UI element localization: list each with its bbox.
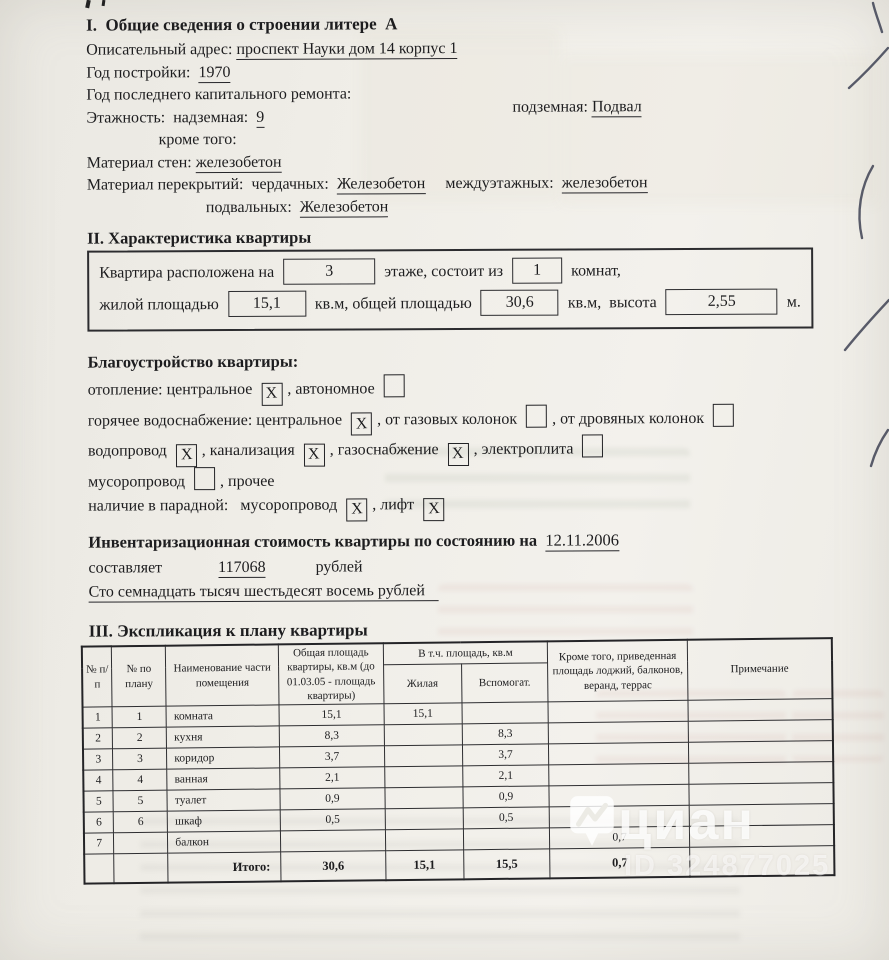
amount-words: Сто семнадцать тысяч шестьдесят восемь р… [89, 582, 439, 603]
table-cell-total: 8,3 [279, 724, 384, 746]
utilities-line: водопровод, канализация, газоснабжение, … [88, 433, 848, 467]
table-cell-note [689, 761, 834, 784]
char-l1b: этаже, состоит из [384, 263, 503, 281]
hw-gas-label: , от газовых колонок [377, 410, 517, 428]
header-num: № п/п [82, 646, 113, 707]
entrance-line: наличие в парадной: мусоропровод, лифт [88, 491, 848, 522]
slabs-mid-value: железобетон [562, 174, 648, 193]
total-cell-plan [114, 853, 168, 883]
year-built-value: 1970 [198, 63, 230, 82]
amenities-title: Благоустройство квартиры: [88, 349, 848, 372]
table-cell-living [385, 808, 463, 830]
water-label: водопровод [88, 442, 167, 459]
table-cell-living [385, 829, 463, 851]
total-aux-sum: 15,5 [463, 849, 550, 879]
slabs-line: Материал перекрытий: чердачных: Железобе… [87, 171, 847, 197]
section1-title: I. Общие сведения о строении литере А [86, 12, 846, 35]
table-cell-living [385, 787, 463, 809]
table-cell-note [689, 782, 834, 805]
hw-wood-label: , от дровяных колонок [552, 409, 704, 427]
chute-label: мусоропровод [88, 473, 185, 490]
table-cell-note [689, 803, 834, 826]
entrance-label: наличие в парадной: мусоропровод [88, 497, 337, 515]
underground-value: Подвал [592, 98, 642, 117]
characteristics-line-2: жилой площадью15,1кв.м, общей площадью30… [99, 287, 801, 322]
table-cell-plan: 3 [113, 748, 167, 770]
table-cell-note [688, 719, 833, 742]
chute-line: мусоропровод, прочее [88, 464, 848, 495]
table-cell-plan: 2 [113, 727, 167, 749]
char-l2c: кв.м, высота [568, 294, 657, 311]
slabs-mid-label: междуэтажных: [445, 175, 561, 193]
address-line: Описательный адрес: проспект Науки дом 1… [86, 36, 846, 62]
char-l2d: м. [787, 294, 801, 311]
char-l2b: кв.м, общей площадью [315, 295, 472, 313]
heating-auto-label: , автономное [287, 380, 374, 397]
other-label: , прочее [220, 472, 274, 489]
heating-line: отопление: центральное, автономное [88, 372, 848, 406]
address-value: проспект Науки дом 14 корпус 1 [236, 40, 457, 60]
header-plan-num: № по плану [112, 645, 167, 706]
table-cell-aux: 0,9 [462, 786, 549, 808]
table-body: 11комната15,115,122кухня8,38,333коридор3… [83, 698, 835, 853]
table-cell-name: шкаф [167, 810, 280, 832]
height-value-box: 2,55 [666, 288, 778, 314]
header-incl-group: В т.ч. площадь, кв.м [383, 641, 548, 664]
char-l1c: комнат, [571, 262, 621, 279]
table-cell-note [689, 824, 834, 847]
table-cell-total [280, 829, 385, 851]
table-header: № п/п № по плану Наименование части поме… [82, 638, 833, 707]
characteristics-line-1: Квартира расположена на3этаже, состоит и… [99, 255, 801, 290]
underground-label: подземная: [512, 98, 592, 115]
table-cell-living [384, 766, 462, 788]
table-cell-total: 3,7 [280, 745, 385, 767]
slabs-basement-line: подвальных: Железобетон [87, 194, 847, 220]
year-built-line: Год постройки: 1970 [86, 59, 846, 85]
table-cell-num: 2 [83, 727, 113, 748]
overhaul-label: Год последнего капитального ремонта: [86, 85, 351, 103]
table-cell-besides [549, 763, 689, 786]
table-cell-besides: 0,7 [550, 826, 690, 849]
table-cell-plan: 4 [113, 769, 167, 791]
checkbox-gas [448, 442, 469, 465]
header-name: Наименование части помещения [166, 644, 279, 706]
checkbox-stove [582, 434, 603, 457]
table-cell-total: 0,5 [280, 808, 385, 830]
hot-water-line: горячее водоснабжение: центральное, от г… [88, 403, 848, 437]
valuation-date: 12.11.2006 [545, 530, 619, 551]
table-cell-note [688, 698, 833, 721]
table-cell-plan [114, 832, 168, 854]
document-content: I. Общие сведения о строении литере А Оп… [0, 0, 850, 885]
rooms-value-box: 1 [512, 257, 562, 283]
scanned-document-page: I. Общие сведения о строении литере А Оп… [0, 0, 889, 960]
table-cell-name: коридор [167, 747, 280, 769]
total-area-sum: 30,6 [281, 850, 386, 881]
amount-value: 117068 [218, 558, 265, 577]
char-l1a: Квартира расположена на [99, 264, 274, 282]
table-cell-num: 7 [84, 832, 114, 853]
year-built-label: Год постройки: [86, 64, 198, 81]
walls-value: железобетон [196, 153, 282, 172]
checkbox-entrance-chute [346, 498, 367, 521]
apartment-characteristics-box: Квартира расположена на3этаже, состоит и… [87, 247, 813, 331]
table-cell-num: 4 [83, 769, 113, 790]
checkbox-hw-central [351, 412, 372, 435]
table-cell-aux: 2,1 [462, 765, 549, 787]
section2-title: II. Характеристика квартиры [87, 225, 847, 248]
char-l2a: жилой площадью [99, 296, 219, 314]
table-cell-besides [549, 784, 689, 807]
table-cell-num: 1 [83, 706, 113, 727]
valuation-amount-line: составляет117068рублей [88, 556, 848, 577]
total-living-sum: 15,1 [385, 850, 463, 880]
gas-label: , газоснабжение [330, 441, 439, 458]
table-cell-aux [461, 702, 548, 724]
table-cell-name: балкон [168, 831, 281, 853]
table-cell-plan: 6 [114, 811, 168, 833]
table-cell-aux [463, 828, 550, 850]
besides-line: кроме того: [87, 126, 847, 152]
checkbox-lift [423, 498, 444, 521]
checkbox-water [176, 444, 197, 467]
walls-label: Материал стен: [87, 154, 196, 171]
table-cell-living: 15,1 [384, 703, 462, 725]
total-area-box: 30,6 [481, 289, 559, 315]
table-cell-name: кухня [167, 726, 280, 748]
table-cell-besides [549, 721, 689, 744]
stove-label: , электроплита [474, 441, 574, 458]
floors-underground: подземная: Подвал [512, 96, 641, 119]
floors-label: Этажность: надземная: [86, 108, 256, 126]
slabs-basement-label: подвальных: [206, 198, 300, 215]
table-cell-aux: 3,7 [462, 744, 549, 766]
total-note [690, 845, 835, 876]
header-living: Жилая [383, 663, 461, 703]
total-label: Итого: [168, 852, 281, 883]
lift-label: , лифт [372, 496, 414, 513]
sewer-label: , канализация [202, 442, 295, 459]
checkbox-hw-wood [713, 403, 734, 426]
table-cell-besides [549, 742, 689, 765]
slabs-label: Материал перекрытий: чердачных: [87, 176, 337, 194]
table-cell-total: 0,9 [280, 787, 385, 809]
walls-line: Материал стен: железобетон [87, 149, 847, 175]
besides-label: кроме того: [159, 131, 237, 148]
heating-label: отопление: центральное [88, 381, 253, 399]
table-cell-plan: 1 [112, 706, 166, 728]
table-cell-name: комната [166, 705, 279, 727]
total-besides-sum: 0,7 [550, 847, 690, 878]
valuation-title: Инвентаризационная стоимость квартиры по… [88, 530, 545, 551]
checkbox-chute [194, 467, 215, 490]
floors-line: Этажность: надземная: 9подземная: Подвал [86, 104, 846, 130]
header-besides: Кроме того, приведенная площадь лоджий, … [548, 639, 688, 701]
overhaul-line: Год последнего капитального ремонта: [86, 81, 846, 107]
floors-above-value: 9 [256, 108, 264, 127]
living-area-box: 15,1 [228, 290, 306, 316]
table-cell-name: туалет [167, 789, 280, 811]
address-label: Описательный адрес: [86, 41, 236, 59]
table-cell-name: ванная [167, 768, 280, 790]
table-cell-aux: 8,3 [462, 723, 549, 745]
header-note: Примечание [687, 638, 832, 700]
amount-words-line: Сто семнадцать тысяч шестьдесят восемь р… [89, 580, 849, 601]
total-cell-num [84, 853, 114, 883]
table-cell-total: 2,1 [280, 766, 385, 788]
valuation-title-line: Инвентаризационная стоимость квартиры по… [88, 529, 848, 552]
currency-label: рублей [316, 558, 363, 575]
checkbox-heating-central [261, 382, 282, 405]
table-cell-num: 3 [83, 748, 113, 769]
table-cell-aux: 0,5 [463, 807, 550, 829]
slabs-basement-value: Железобетон [300, 198, 389, 217]
table-cell-living [384, 745, 462, 767]
table-cell-besides [548, 700, 688, 723]
checkbox-heating-auto [384, 374, 405, 397]
hw-label: горячее водоснабжение: центральное [88, 411, 342, 429]
header-total-area: Общая площадь квартиры, кв.м (до 01.03.0… [278, 643, 383, 705]
table-cell-total: 15,1 [279, 703, 384, 725]
table-cell-num: 5 [83, 790, 113, 811]
floor-value-box: 3 [283, 258, 375, 284]
table-cell-note [688, 740, 833, 763]
table-cell-num: 6 [84, 811, 114, 832]
checkbox-sewer [304, 443, 325, 466]
slabs-attic-value: Железобетон [337, 175, 426, 194]
header-auxiliary: Вспомогат. [461, 662, 548, 702]
table-cell-plan: 5 [113, 790, 167, 812]
table-cell-besides [550, 805, 690, 828]
checkbox-hw-gas [526, 404, 547, 427]
amount-label: составляет [88, 559, 162, 576]
table-cell-living [384, 724, 462, 746]
explication-table: № п/п № по плану Наименование части поме… [81, 637, 836, 885]
